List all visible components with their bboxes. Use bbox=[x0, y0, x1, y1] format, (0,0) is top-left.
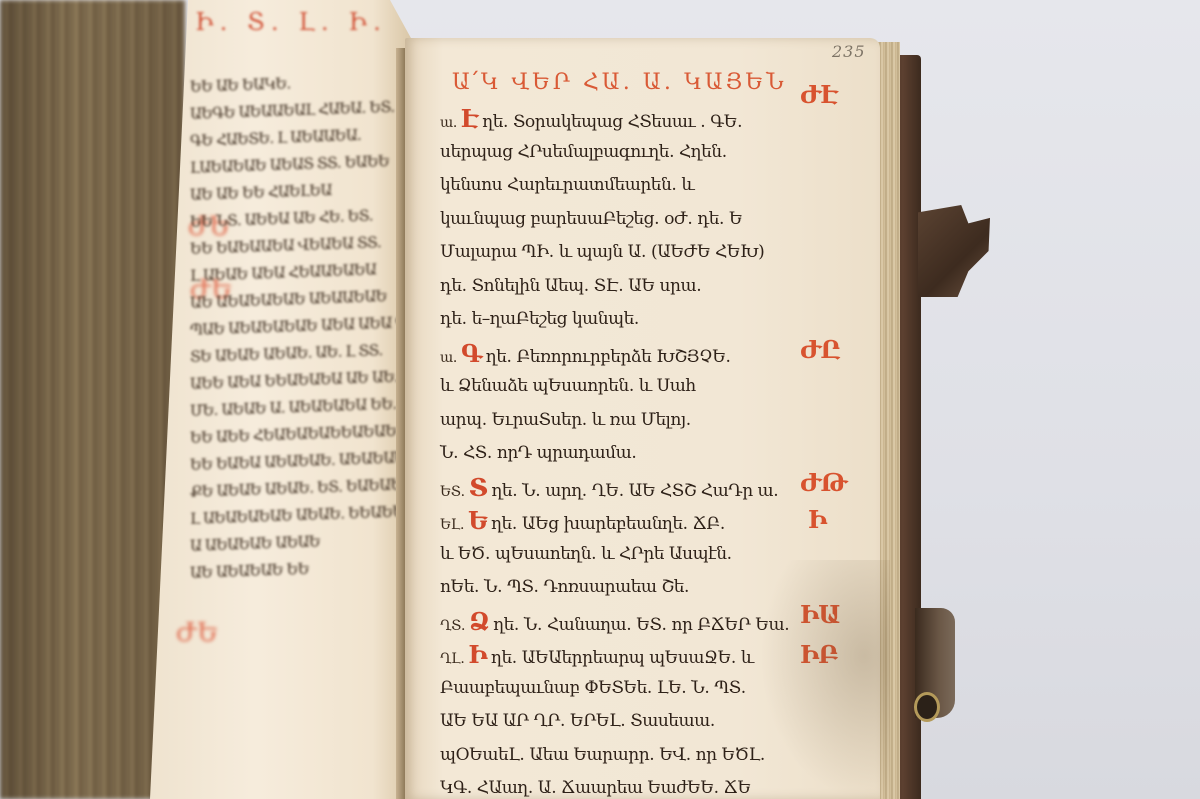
text-line: ԵԼ․Եղե․ ԱԵց խարեբեանղե․ ՃԲ․ bbox=[440, 504, 840, 538]
margin-numeral: ԻԱ bbox=[800, 600, 840, 629]
page-number: 235 bbox=[832, 42, 866, 61]
margin-numeral: ԺԹ bbox=[800, 468, 846, 497]
text-line: ԵՏ․Տղե․ Ն․ արղ․ ՂԵ․ ԱԵ ՀՏՇ ՀաԴր ա․ bbox=[440, 471, 840, 505]
text-line: ԱԵ ԵԱ ԱՐ ՂՐ․ ԵՐԵԼ․ Տասեաա․ bbox=[440, 705, 840, 739]
red-initial: Գ bbox=[461, 339, 482, 368]
red-initial: Ե bbox=[468, 506, 487, 535]
margin-numeral: ԺԷ bbox=[800, 80, 837, 109]
text-line: ոԵե․ Ն․ ՊՏ․ Դոռսարաեա Շե․ bbox=[440, 571, 840, 605]
text-line: կենսոս Հարեւրատմեարեն․ և bbox=[440, 169, 840, 203]
text-line: Բաաբեպաւնաբ ՓԵՏԵե․ ԼԵ․ Ն․ ՊՏ․ bbox=[440, 672, 840, 706]
text-line: Մալարա ՊԻ․ և պայն Ա․ (ԱԵԺԵ ՀԵԽ) bbox=[440, 236, 840, 270]
red-initial: Տ bbox=[469, 473, 488, 502]
text-line: ա․Գղե․ Բեռորուրբերձե ԽՇՅՉԵ․ bbox=[440, 337, 840, 371]
text-line: արպ․ ԵւրաՏսեր․ և ռա Մելոյ․ bbox=[440, 404, 840, 438]
red-initial: Ձ bbox=[469, 607, 489, 636]
text-line: դե․ Տոնելին Աեպ․ ՏԷ․ ԱԵ սրա․ bbox=[440, 270, 840, 304]
text-line: կաւնպաց բարեսաԲեշեց․ օԺ․ դե․ Ե bbox=[440, 203, 840, 237]
margin-numeral: Ի bbox=[808, 505, 826, 534]
left-page-heading: Ի․ Տ․ Լ․ Ի․ bbox=[195, 8, 387, 36]
margin-numeral: ԺԸ bbox=[800, 335, 839, 364]
text-line: և Ձենաձե պԵսաորեն․ և Սահ bbox=[440, 370, 840, 404]
text-line: սերպաց ՀՐսեմալբագուղե․ Հղեն․ bbox=[440, 136, 840, 170]
text-line: պՕԵաեԼ․ Աեա Եարարր․ ԵՎ․ որ ԵԾԼ․ bbox=[440, 739, 840, 773]
text-line: ՂԼ․Իղե․ ԱԵԱերրեարպ պԵսաՋԵ․ և bbox=[440, 638, 840, 672]
page-heading-rubric: Ա՛Կ ՎԵՐ ՀԱ․ Ա․ ԿԱՅԵՆ bbox=[452, 70, 787, 95]
left-page-text: ԵԵ ԱԵ ԵԱԿԵ․ ԱԵԳԵ ԱԵԱԱԵԱԼ ՀԱԵԱ․ ԵՏ․ ԳԵ ՀԱ… bbox=[190, 70, 405, 583]
text-line: դե․ ե–ղաԲեշեց կանպե․ bbox=[440, 303, 840, 337]
text-line: ա․Էղե․ Տօրակեպաց ՀՏեսաւ ․ ԳԵ․ bbox=[440, 102, 840, 136]
text-line: ԿԳ․ ՀԱաղ․ Ա․ Ճաարեա ԵաժԵԵ․ ՃԵ bbox=[440, 772, 840, 799]
left-rubric: ԺԵ bbox=[176, 618, 218, 648]
red-initial: Է bbox=[461, 104, 478, 133]
margin-numeral: ԻԲ bbox=[800, 640, 837, 669]
text-line: ՂՏ․Ձղե․ Ն․ Հանաղա․ ԵՏ․ որ ԲՃԵՐ Եա․ bbox=[440, 605, 840, 639]
text-line: Ն․ ՀՏ․ որԴ պրադամա․ bbox=[440, 437, 840, 471]
text-line: և ԵԾ․ պԵսաոեղն․ և ՀՐրե Ասպէն․ bbox=[440, 538, 840, 572]
right-page-text: ա․Էղե․ Տօրակեպաց ՀՏեսաւ ․ ԳԵ․ սերպաց ՀՐս… bbox=[440, 102, 840, 799]
clasp-ring bbox=[914, 692, 940, 722]
red-initial: Ի bbox=[468, 640, 487, 669]
